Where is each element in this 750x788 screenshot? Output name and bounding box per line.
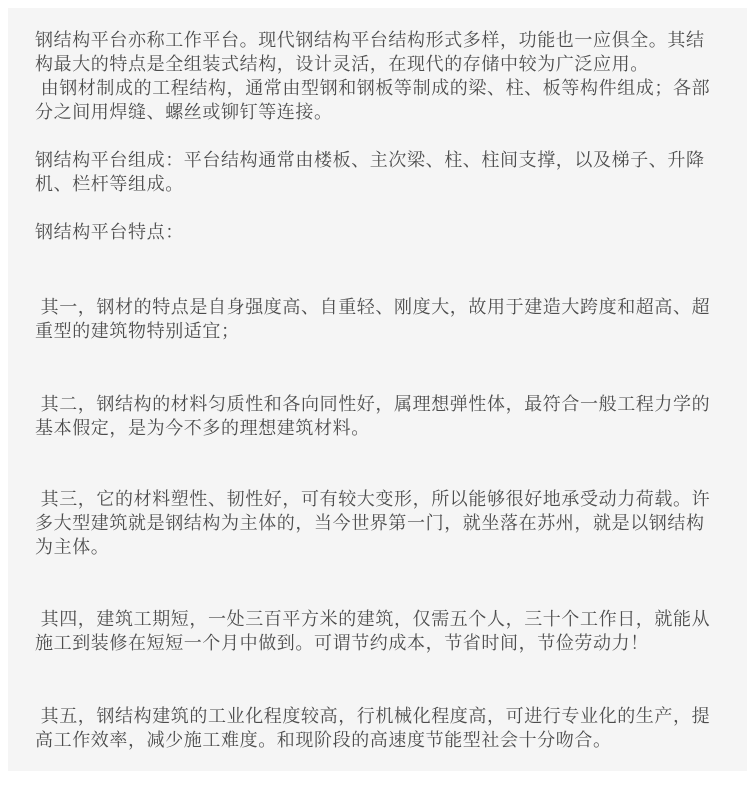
text-line: 多大型建筑就是钢结构为主体的，当今世界第一门，就坐落在苏州，就是以钢结构 xyxy=(35,511,729,535)
text-line: 其三，它的材料塑性、韧性好，可有较大变形，所以能够很好地承受动力荷载。许 xyxy=(35,487,729,511)
text-line: 为主体。 xyxy=(35,535,729,559)
article-content: 钢结构平台亦称工作平台。现代钢结构平台结构形式多样，功能也一应俱全。其结构最大的… xyxy=(8,8,747,752)
paragraph-feature-1: 其一，钢材的特点是自身强度高、自重轻、刚度大，故用于建造大跨度和超高、超重型的建… xyxy=(35,295,729,343)
text-line: 机、栏杆等组成。 xyxy=(35,172,729,196)
paragraph-intro-structure: 由钢材制成的工程结构，通常由型钢和钢板等制成的梁、柱、板等构件组成；各部分之间用… xyxy=(35,76,729,124)
text-line: 基本假定，是为今不多的理想建筑材料。 xyxy=(35,416,729,440)
text-line: 其四，建筑工期短，一处三百平方米的建筑，仅需五个人，三十个工作日，就能从 xyxy=(35,607,729,631)
paragraph-composition: 钢结构平台组成：平台结构通常由楼板、主次梁、柱、柱间支撑，以及梯子、升降机、栏杆… xyxy=(35,148,729,196)
paragraph-features-heading: 钢结构平台特点： xyxy=(35,220,729,244)
text-line: 施工到装修在短短一个月中做到。可谓节约成本，节省时间，节俭劳动力！ xyxy=(35,631,729,655)
text-line: 构最大的特点是全组装式结构，设计灵活，在现代的存储中较为广泛应用。 xyxy=(35,52,729,76)
paragraph-feature-3: 其三，它的材料塑性、韧性好，可有较大变形，所以能够很好地承受动力荷载。许多大型建… xyxy=(35,487,729,559)
text-line: 其一，钢材的特点是自身强度高、自重轻、刚度大，故用于建造大跨度和超高、超 xyxy=(35,295,729,319)
text-line: 重型的建筑物特别适宜； xyxy=(35,319,729,343)
article-panel: 钢结构平台亦称工作平台。现代钢结构平台结构形式多样，功能也一应俱全。其结构最大的… xyxy=(8,8,747,771)
text-line: 其五，钢结构建筑的工业化程度较高，行机械化程度高，可进行专业化的生产，提 xyxy=(35,704,729,728)
text-line: 由钢材制成的工程结构，通常由型钢和钢板等制成的梁、柱、板等构件组成；各部 xyxy=(35,76,729,100)
text-line: 其二，钢结构的材料匀质性和各向同性好，属理想弹性体，最符合一般工程力学的 xyxy=(35,392,729,416)
text-line: 分之间用焊缝、螺丝或铆钉等连接。 xyxy=(35,100,729,124)
paragraph-feature-5: 其五，钢结构建筑的工业化程度较高，行机械化程度高，可进行专业化的生产，提高工作效… xyxy=(35,704,729,752)
paragraph-feature-4: 其四，建筑工期短，一处三百平方米的建筑，仅需五个人，三十个工作日，就能从施工到装… xyxy=(35,607,729,655)
text-line: 钢结构平台特点： xyxy=(35,220,729,244)
paragraph-feature-2: 其二，钢结构的材料匀质性和各向同性好，属理想弹性体，最符合一般工程力学的基本假定… xyxy=(35,392,729,440)
paragraph-intro-overview: 钢结构平台亦称工作平台。现代钢结构平台结构形式多样，功能也一应俱全。其结构最大的… xyxy=(35,28,729,76)
text-line: 钢结构平台组成：平台结构通常由楼板、主次梁、柱、柱间支撑，以及梯子、升降 xyxy=(35,148,729,172)
text-line: 高工作效率，减少施工难度。和现阶段的高速度节能型社会十分吻合。 xyxy=(35,728,729,752)
text-line: 钢结构平台亦称工作平台。现代钢结构平台结构形式多样，功能也一应俱全。其结 xyxy=(35,28,729,52)
